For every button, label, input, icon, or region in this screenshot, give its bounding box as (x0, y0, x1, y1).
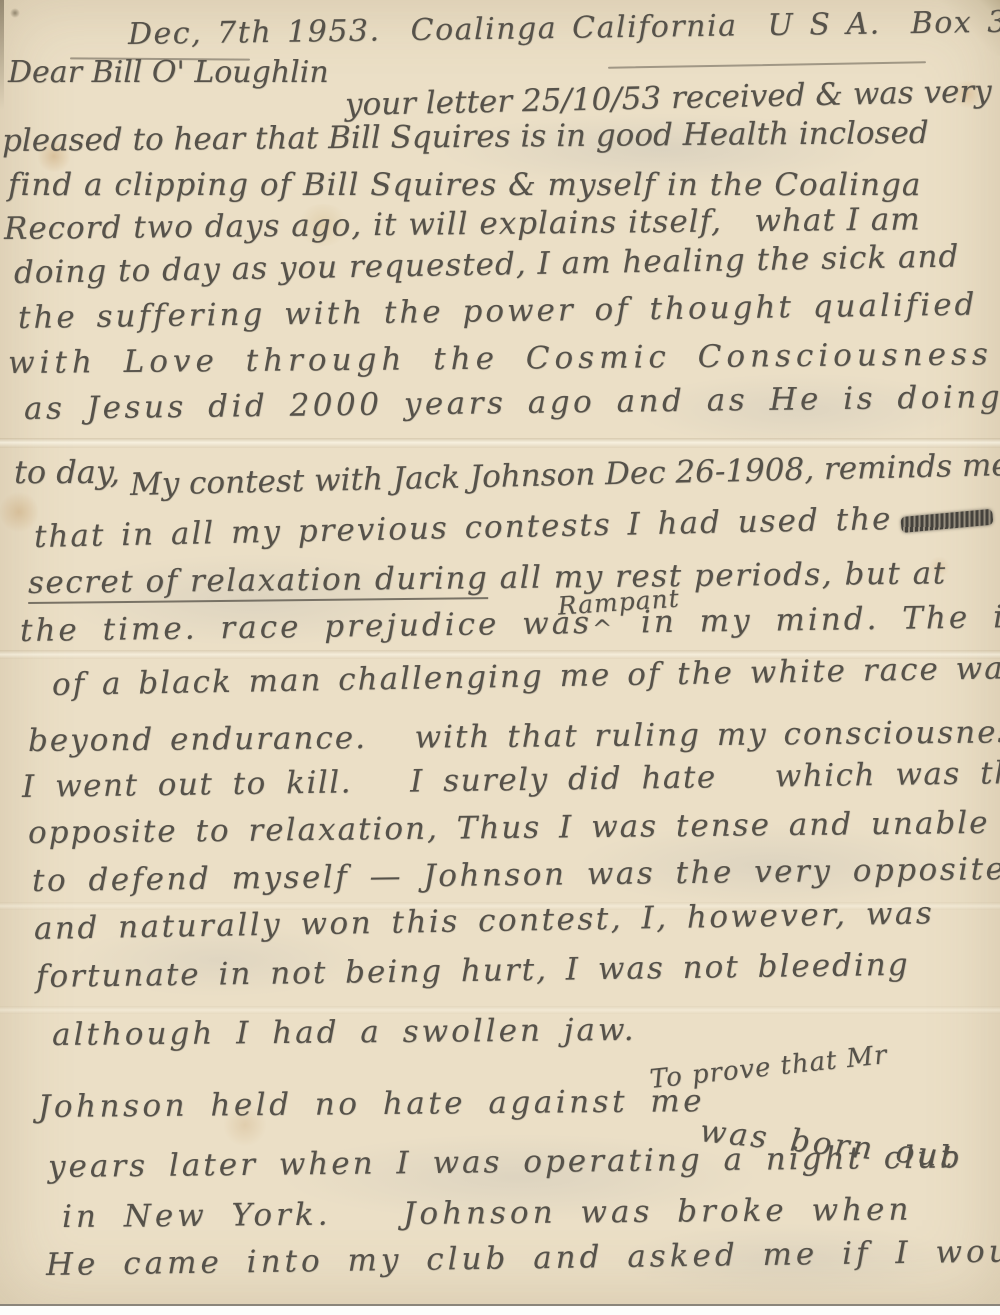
handwritten-line: Record two days ago, it will explains it… (4, 202, 921, 246)
line-text: the time. race prejudice was (20, 605, 593, 649)
handwritten-line: in New York. Johnson was broke when (62, 1193, 913, 1235)
handwritten-line: My contest with Jack Johnson Dec 26-1908… (130, 448, 1000, 503)
dateline-underline (608, 61, 926, 69)
letter-page: Dec, 7th 1953. Coalinga California U S A… (0, 0, 1000, 1304)
paper-stain (0, 490, 38, 534)
handwritten-line: of a black man challenging me of the whi… (52, 651, 1000, 703)
handwritten-line: He came into my club and asked me if I w… (46, 1234, 1000, 1283)
handwritten-line: doing to day as you requested, I am heal… (14, 240, 960, 291)
handwritten-line: fortunate in not being hurt, I was not b… (36, 948, 910, 995)
insertion-caret: ^ (592, 616, 615, 643)
salutation: Dear Bill O' Loughlin (8, 56, 329, 90)
handwritten-line: secret of relaxation during all my rest … (28, 556, 947, 600)
handwritten-line: the suffering with the power of thought … (18, 288, 978, 336)
paper-speck (10, 8, 20, 18)
handwritten-line: pleased to hear that Bill Squires is in … (2, 116, 929, 159)
dateline: Dec, 7th 1953. Coalinga California U S A… (128, 5, 1000, 51)
handwritten-line: to defend myself — Johnson was the very … (32, 852, 1000, 899)
handwritten-line: Johnson held no hate against me (38, 1084, 705, 1125)
insertion-mark: ^Rampant (592, 606, 618, 641)
handwritten-line: and naturally won this contest, I, howev… (34, 896, 935, 946)
scribbled-out-word (900, 509, 993, 533)
handwritten-line: with Love through the Cosmic Consciousne… (8, 337, 993, 380)
handwritten-line: the time. race prejudice was^Rampant in … (20, 599, 1000, 648)
handwritten-line: that in all my previous contests I had u… (34, 500, 993, 555)
paper-edge (0, 0, 4, 110)
handwritten-line: find a clipping of Bill Squires & myself… (8, 168, 921, 203)
handwritten-line: as Jesus did 2000 years ago and as He is… (24, 380, 1000, 427)
handwritten-line: years later when I was operating a night… (48, 1140, 963, 1184)
scanner-background (0, 1304, 1000, 1315)
handwritten-line: beyond endurance. with that ruling my co… (28, 715, 1000, 758)
line-text: all my rest periods, but at (488, 555, 947, 596)
handwritten-line: to day, (14, 455, 120, 491)
handwritten-line: although I had a swollen jaw. (52, 1013, 637, 1053)
handwritten-line: I went out to kill. I surely did hate wh… (22, 756, 1000, 805)
handwritten-line: opposite to relaxation, Thus I was tense… (28, 806, 990, 851)
fold-crease (0, 438, 1000, 448)
line-text: that in all my previous contests I had u… (34, 501, 893, 555)
scanned-letter-view: Dec, 7th 1953. Coalinga California U S A… (0, 0, 1000, 1315)
underlined-phrase: secret of relaxation during (28, 560, 489, 604)
